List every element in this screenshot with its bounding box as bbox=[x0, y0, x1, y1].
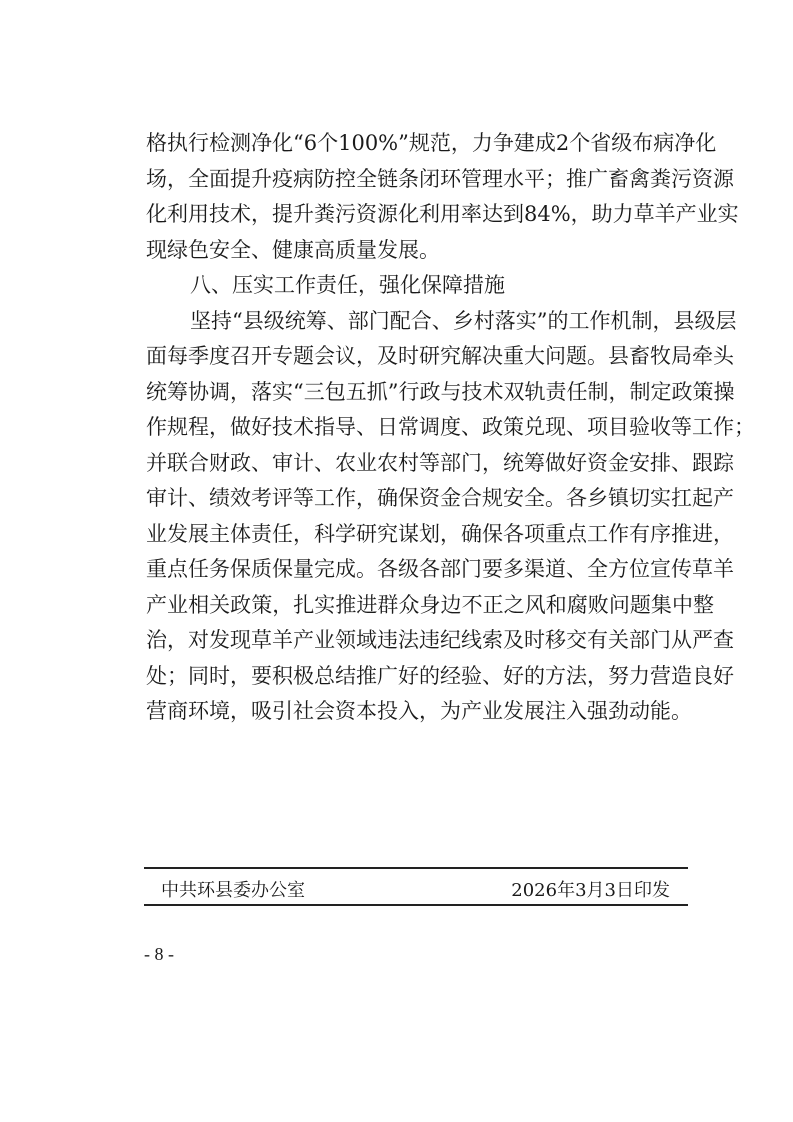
text-line: 产业相关政策，扎实推进群众身边不正之风和腐败问题集中整 bbox=[146, 588, 714, 624]
text-line: 现绿色安全、健康高质量发展。 bbox=[146, 233, 714, 269]
text-line: 统筹协调，落实“三包五抓”行政与技术双轨责任制，制定政策操 bbox=[146, 375, 714, 411]
text-line: 治，对发现草羊产业领域违法违纪线索及时移交有关部门从严查 bbox=[146, 623, 714, 659]
text-line: 并联合财政、审计、农业农村等部门，统筹做好资金安排、跟踪 bbox=[146, 446, 714, 482]
text-line: 营商环境，吸引社会资本投入，为产业发展注入强劲动能。 bbox=[146, 694, 714, 730]
issuer: 中共环县委办公室 bbox=[161, 876, 305, 902]
text-line: 业发展主体责任，科学研究谋划，确保各项重点工作有序推进， bbox=[146, 517, 714, 553]
text-line: 化利用技术，提升粪污资源化利用率达到84%，助力草羊产业实 bbox=[146, 197, 714, 233]
imprint-footer: 中共环县委办公室 2026年3月3日印发 bbox=[144, 867, 688, 906]
page-number: - 8 - bbox=[144, 944, 174, 965]
document-page: 格执行检测净化“6个100%”规范，力争建成2个省级布病净化 场，全面提升疫病防… bbox=[0, 0, 793, 1122]
text-line: 面每季度召开专题会议，及时研究解决重大问题。县畜牧局牵头 bbox=[146, 339, 714, 375]
body-text: 格执行检测净化“6个100%”规范，力争建成2个省级布病净化 场，全面提升疫病防… bbox=[146, 126, 714, 730]
text-line: 审计、绩效考评等工作，确保资金合规安全。各乡镇切实扛起产 bbox=[146, 481, 714, 517]
issue-date: 2026年3月3日印发 bbox=[511, 876, 670, 902]
text-line: 场，全面提升疫病防控全链条闭环管理水平；推广畜禽粪污资源 bbox=[146, 162, 714, 198]
section-heading: 八、压实工作责任，强化保障措施 bbox=[146, 268, 714, 304]
text-line: 重点任务保质保量完成。各级各部门要多渠道、全方位宣传草羊 bbox=[146, 552, 714, 588]
text-line: 作规程，做好技术指导、日常调度、政策兑现、项目验收等工作； bbox=[146, 410, 714, 446]
text-line: 格执行检测净化“6个100%”规范，力争建成2个省级布病净化 bbox=[146, 126, 714, 162]
text-line: 坚持“县级统筹、部门配合、乡村落实”的工作机制，县级层 bbox=[146, 304, 714, 340]
text-line: 处；同时，要积极总结推广好的经验、好的方法，努力营造良好 bbox=[146, 659, 714, 695]
